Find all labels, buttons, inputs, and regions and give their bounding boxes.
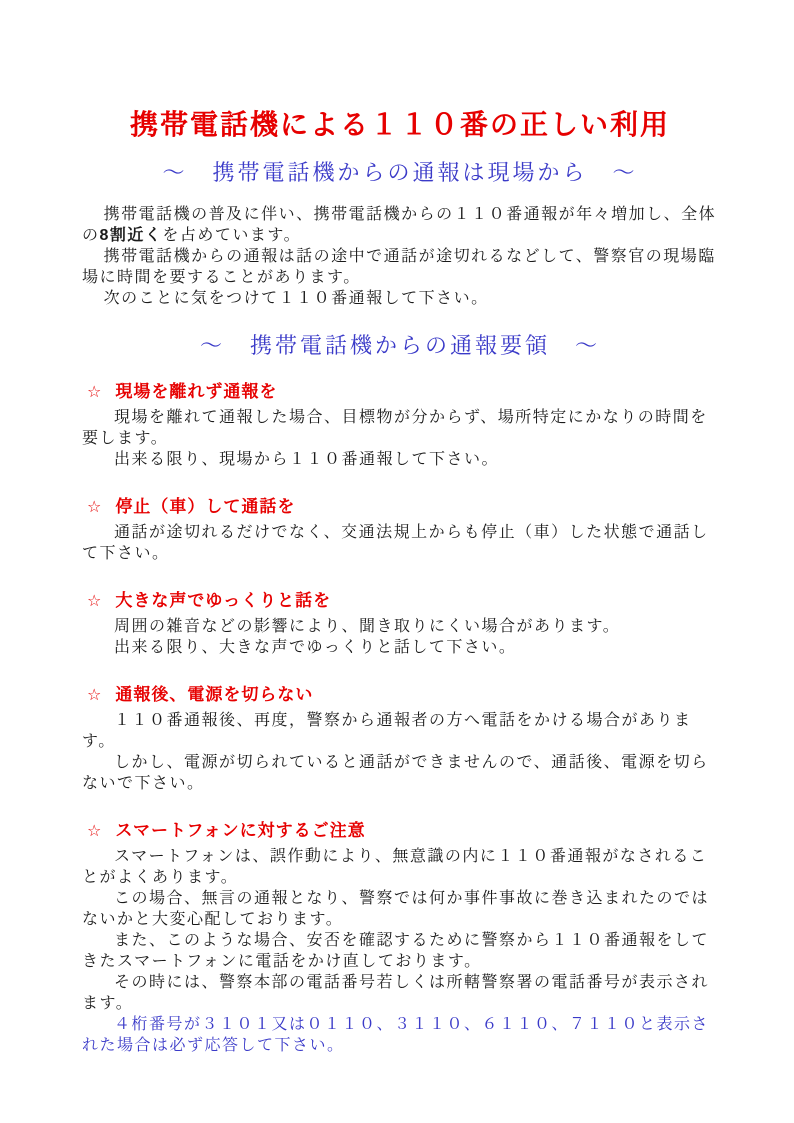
section-paragraph: しかし、電源が切られていると通話ができませんので、通話後、電源を切らないで下さい… [82, 752, 718, 794]
intro-paragraph: 次のことに気をつけて１１０番通報して下さい。 [82, 288, 718, 309]
section-keep-power-on: ☆ 通報後、電源を切らない １１０番通報後、再度，警察から通報者の方へ電話をかけ… [82, 684, 718, 794]
section-heading: ☆ 現場を離れず通報を [82, 381, 718, 404]
star-bullet-icon: ☆ [87, 497, 102, 519]
section-heading: ☆ 大きな声でゆっくりと話を [82, 590, 718, 613]
section-paragraph: スマートフォンは、誤作動により、無意識の内に１１０番通報がなされることがよくあり… [82, 846, 718, 888]
section-title: 大きな声でゆっくりと話を [115, 590, 331, 612]
section-paragraph: 出来る限り、現場から１１０番通報して下さい。 [82, 449, 718, 470]
section-title: 通報後、電源を切らない [115, 684, 313, 706]
section-title: 現場を離れず通報を [115, 381, 277, 403]
page-subtitle: ～ 携帯電話機からの通報は現場から ～ [82, 158, 718, 188]
four-digit-number-note: ４桁番号が３１０１又は０１１０、３１１０、６１１０、７１１０と表示された場合は必… [82, 1014, 718, 1056]
page-title: 携帯電話機による１１０番の正しい利用 [82, 108, 718, 142]
star-bullet-icon: ☆ [87, 382, 102, 404]
section-body: 周囲の雑音などの影響により、聞き取りにくい場合があります。 出来る限り、大きな声… [82, 616, 718, 658]
section-heading: ☆ スマートフォンに対するご注意 [82, 820, 718, 843]
section-paragraph: 現場を離れて通報した場合、目標物が分からず、場所特定にかなりの時間を要します。 [82, 407, 718, 449]
section-heading: ☆ 停止（車）して通話を [82, 496, 718, 519]
section-title: スマートフォンに対するご注意 [115, 820, 365, 842]
section-heading: ☆ 通報後、電源を切らない [82, 684, 718, 707]
star-bullet-icon: ☆ [87, 821, 102, 843]
procedures-heading: ～ 携帯電話機からの通報要領 ～ [82, 331, 718, 361]
section-body: スマートフォンは、誤作動により、無意識の内に１１０番通報がなされることがよくあり… [82, 846, 718, 1056]
section-paragraph: この場合、無言の通報となり、警察では何か事件事故に巻き込まれたのではないかと大変… [82, 888, 718, 930]
section-body: 通話が途切れるだけでなく、交通法規上からも停止（車）した状態で通話して下さい。 [82, 522, 718, 564]
intro-block: 携帯電話機の普及に伴い、携帯電話機からの１１０番通報が年々増加し、全体の8割近く… [82, 204, 718, 309]
document-page: 携帯電話機による１１０番の正しい利用 ～ 携帯電話機からの通報は現場から ～ 携… [0, 0, 794, 1123]
intro-paragraph: 携帯電話機からの通報は話の途中で通話が途切れるなどして、警察官の現場臨場に時間を… [82, 246, 718, 288]
section-body: １１０番通報後、再度，警察から通報者の方へ電話をかける場合があります。 しかし、… [82, 710, 718, 794]
intro-paragraph: 携帯電話機の普及に伴い、携帯電話機からの１１０番通報が年々増加し、全体の8割近く… [82, 204, 718, 246]
intro-text-post: を占めています。 [162, 227, 301, 244]
section-paragraph: その時には、警察本部の電話番号若しくは所轄警察署の電話番号が表示されます。 [82, 972, 718, 1014]
section-paragraph: １１０番通報後、再度，警察から通報者の方へ電話をかける場合があります。 [82, 710, 718, 752]
section-stay-at-scene: ☆ 現場を離れず通報を 現場を離れて通報した場合、目標物が分からず、場所特定にか… [82, 381, 718, 470]
section-speak-loud-slow: ☆ 大きな声でゆっくりと話を 周囲の雑音などの影響により、聞き取りにくい場合があ… [82, 590, 718, 658]
intro-text-bold: 8割近く [100, 227, 163, 244]
section-paragraph: 周囲の雑音などの影響により、聞き取りにくい場合があります。 [82, 616, 718, 637]
section-stop-car: ☆ 停止（車）して通話を 通話が途切れるだけでなく、交通法規上からも停止（車）し… [82, 496, 718, 564]
section-smartphone-caution: ☆ スマートフォンに対するご注意 スマートフォンは、誤作動により、無意識の内に１… [82, 820, 718, 1056]
star-bullet-icon: ☆ [87, 685, 102, 707]
section-paragraph: 出来る限り、大きな声でゆっくりと話して下さい。 [82, 637, 718, 658]
star-bullet-icon: ☆ [87, 591, 102, 613]
section-paragraph: また、このような場合、安否を確認するために警察から１１０番通報をしてきたスマート… [82, 930, 718, 972]
section-body: 現場を離れて通報した場合、目標物が分からず、場所特定にかなりの時間を要します。 … [82, 407, 718, 470]
section-paragraph: 通話が途切れるだけでなく、交通法規上からも停止（車）した状態で通話して下さい。 [82, 522, 718, 564]
section-title: 停止（車）して通話を [115, 496, 295, 518]
